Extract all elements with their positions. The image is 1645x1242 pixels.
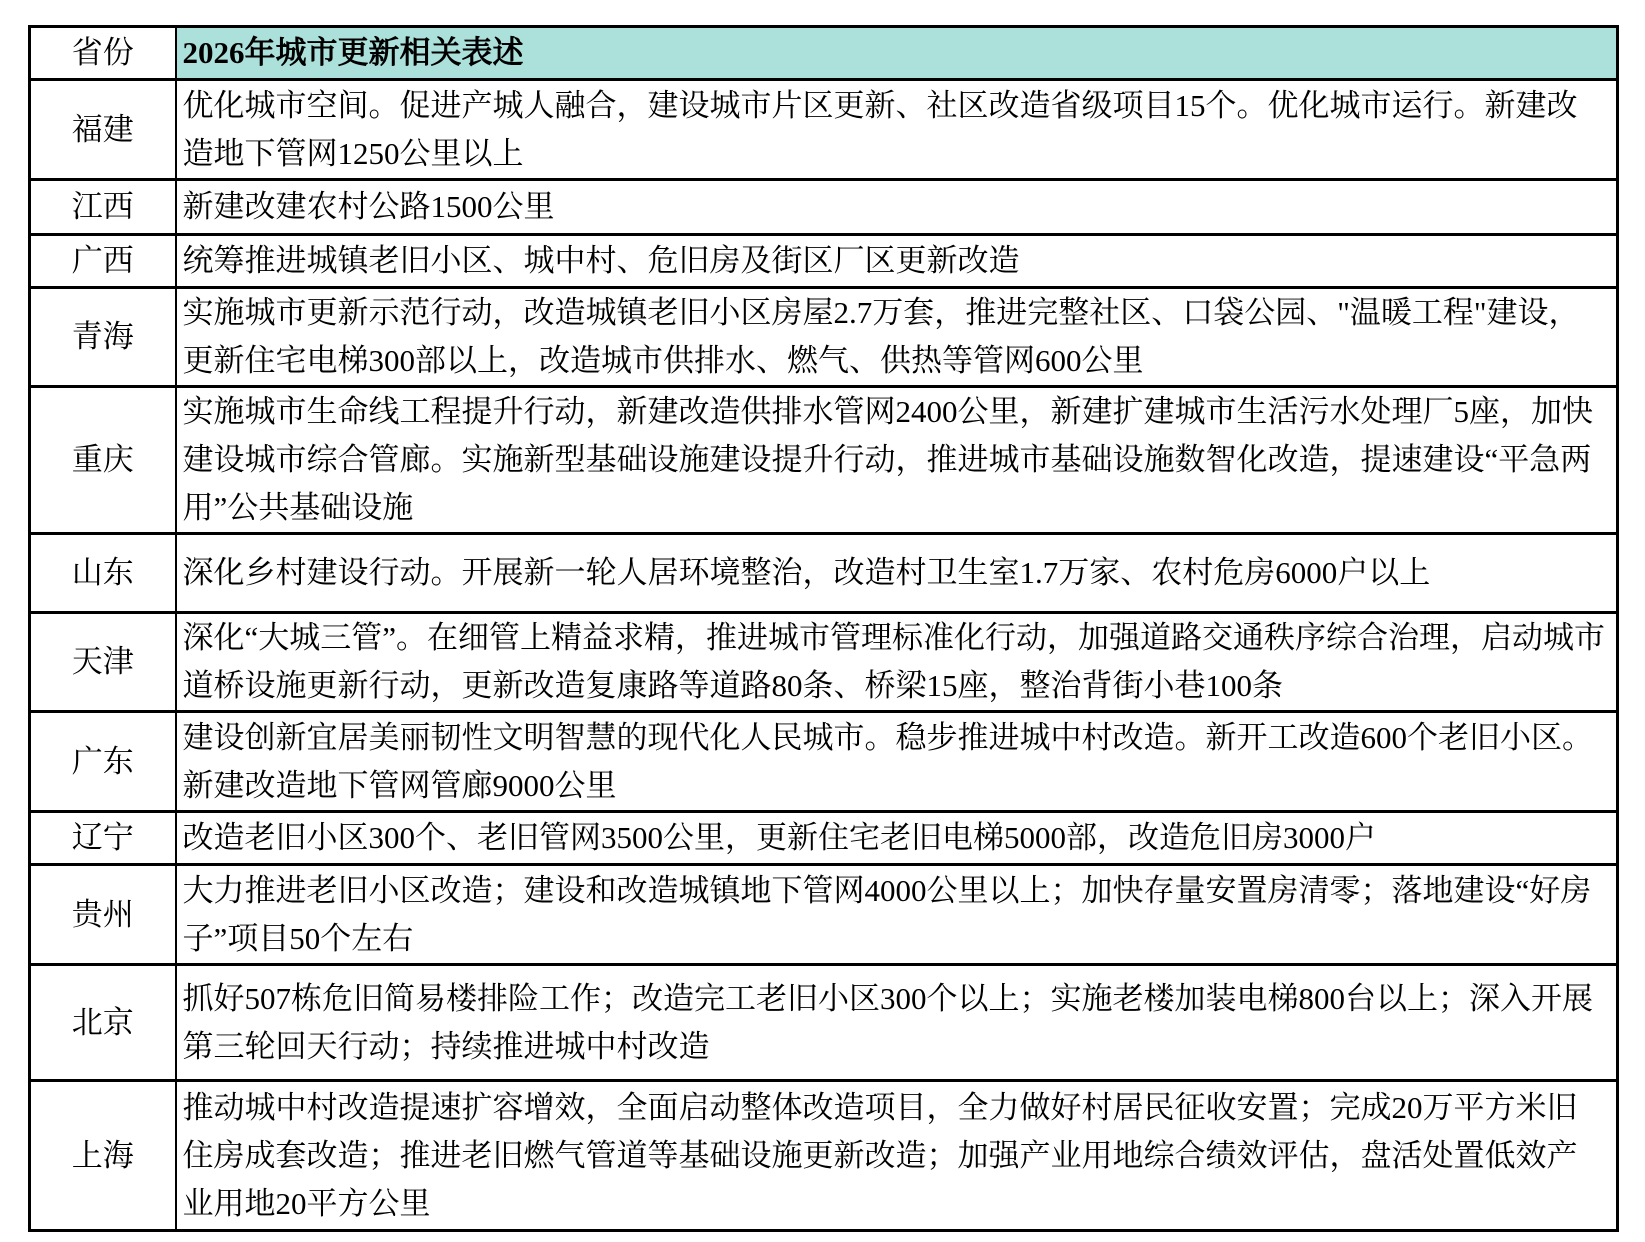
table-row: 青海实施城市更新示范行动，改造城镇老旧小区房屋2.7万套，推进完整社区、口袋公园… (30, 288, 1618, 387)
province-cell: 贵州 (30, 865, 176, 965)
urban-renewal-table: 省份 2026年城市更新相关表述 福建优化城市空间。促进产城人融合，建设城市片区… (28, 25, 1619, 1232)
table-row: 江西新建改建农村公路1500公里 (30, 180, 1618, 235)
statement-cell: 改造老旧小区300个、老旧管网3500公里，更新住宅老旧电梯5000部，改造危旧… (176, 812, 1618, 865)
header-cell-province: 省份 (30, 27, 176, 80)
table-row: 重庆实施城市生命线工程提升行动，新建改造供排水管网2400公里，新建扩建城市生活… (30, 387, 1618, 534)
table-row: 福建优化城市空间。促进产城人融合，建设城市片区更新、社区改造省级项目15个。优化… (30, 80, 1618, 180)
table-row: 上海推动城中村改造提速扩容增效，全面启动整体改造项目，全力做好村居民征收安置；完… (30, 1081, 1618, 1231)
province-cell: 山东 (30, 534, 176, 613)
table-row: 贵州大力推进老旧小区改造；建设和改造城镇地下管网4000公里以上；加快存量安置房… (30, 865, 1618, 965)
table-body: 福建优化城市空间。促进产城人融合，建设城市片区更新、社区改造省级项目15个。优化… (30, 80, 1618, 1231)
province-cell: 青海 (30, 288, 176, 387)
table-row: 北京抓好507栋危旧简易楼排险工作；改造完工老旧小区300个以上；实施老楼加装电… (30, 965, 1618, 1081)
statement-cell: 深化“大城三管”。在细管上精益求精，推进城市管理标准化行动，加强道路交通秩序综合… (176, 613, 1618, 712)
table-row: 辽宁改造老旧小区300个、老旧管网3500公里，更新住宅老旧电梯5000部，改造… (30, 812, 1618, 865)
statement-cell: 建设创新宜居美丽韧性文明智慧的现代化人民城市。稳步推进城中村改造。新开工改造60… (176, 712, 1618, 812)
table-row: 山东深化乡村建设行动。开展新一轮人居环境整治，改造村卫生室1.7万家、农村危房6… (30, 534, 1618, 613)
province-cell: 广东 (30, 712, 176, 812)
statement-cell: 大力推进老旧小区改造；建设和改造城镇地下管网4000公里以上；加快存量安置房清零… (176, 865, 1618, 965)
province-cell: 重庆 (30, 387, 176, 534)
header-cell-statement: 2026年城市更新相关表述 (176, 27, 1618, 80)
statement-cell: 优化城市空间。促进产城人融合，建设城市片区更新、社区改造省级项目15个。优化城市… (176, 80, 1618, 180)
statement-cell: 深化乡村建设行动。开展新一轮人居环境整治，改造村卫生室1.7万家、农村危房600… (176, 534, 1618, 613)
statement-cell: 实施城市更新示范行动，改造城镇老旧小区房屋2.7万套，推进完整社区、口袋公园、"… (176, 288, 1618, 387)
statement-cell: 新建改建农村公路1500公里 (176, 180, 1618, 235)
table-row: 天津深化“大城三管”。在细管上精益求精，推进城市管理标准化行动，加强道路交通秩序… (30, 613, 1618, 712)
province-cell: 上海 (30, 1081, 176, 1231)
province-cell: 天津 (30, 613, 176, 712)
table-row: 广西统筹推进城镇老旧小区、城中村、危旧房及街区厂区更新改造 (30, 235, 1618, 288)
statement-cell: 推动城中村改造提速扩容增效，全面启动整体改造项目，全力做好村居民征收安置；完成2… (176, 1081, 1618, 1231)
province-cell: 辽宁 (30, 812, 176, 865)
province-cell: 北京 (30, 965, 176, 1081)
statement-cell: 抓好507栋危旧简易楼排险工作；改造完工老旧小区300个以上；实施老楼加装电梯8… (176, 965, 1618, 1081)
urban-renewal-table-wrap: 省份 2026年城市更新相关表述 福建优化城市空间。促进产城人融合，建设城市片区… (28, 25, 1619, 1232)
statement-cell: 统筹推进城镇老旧小区、城中村、危旧房及街区厂区更新改造 (176, 235, 1618, 288)
province-cell: 广西 (30, 235, 176, 288)
province-cell: 福建 (30, 80, 176, 180)
header-row: 省份 2026年城市更新相关表述 (30, 27, 1618, 80)
table-row: 广东建设创新宜居美丽韧性文明智慧的现代化人民城市。稳步推进城中村改造。新开工改造… (30, 712, 1618, 812)
province-cell: 江西 (30, 180, 176, 235)
statement-cell: 实施城市生命线工程提升行动，新建改造供排水管网2400公里，新建扩建城市生活污水… (176, 387, 1618, 534)
